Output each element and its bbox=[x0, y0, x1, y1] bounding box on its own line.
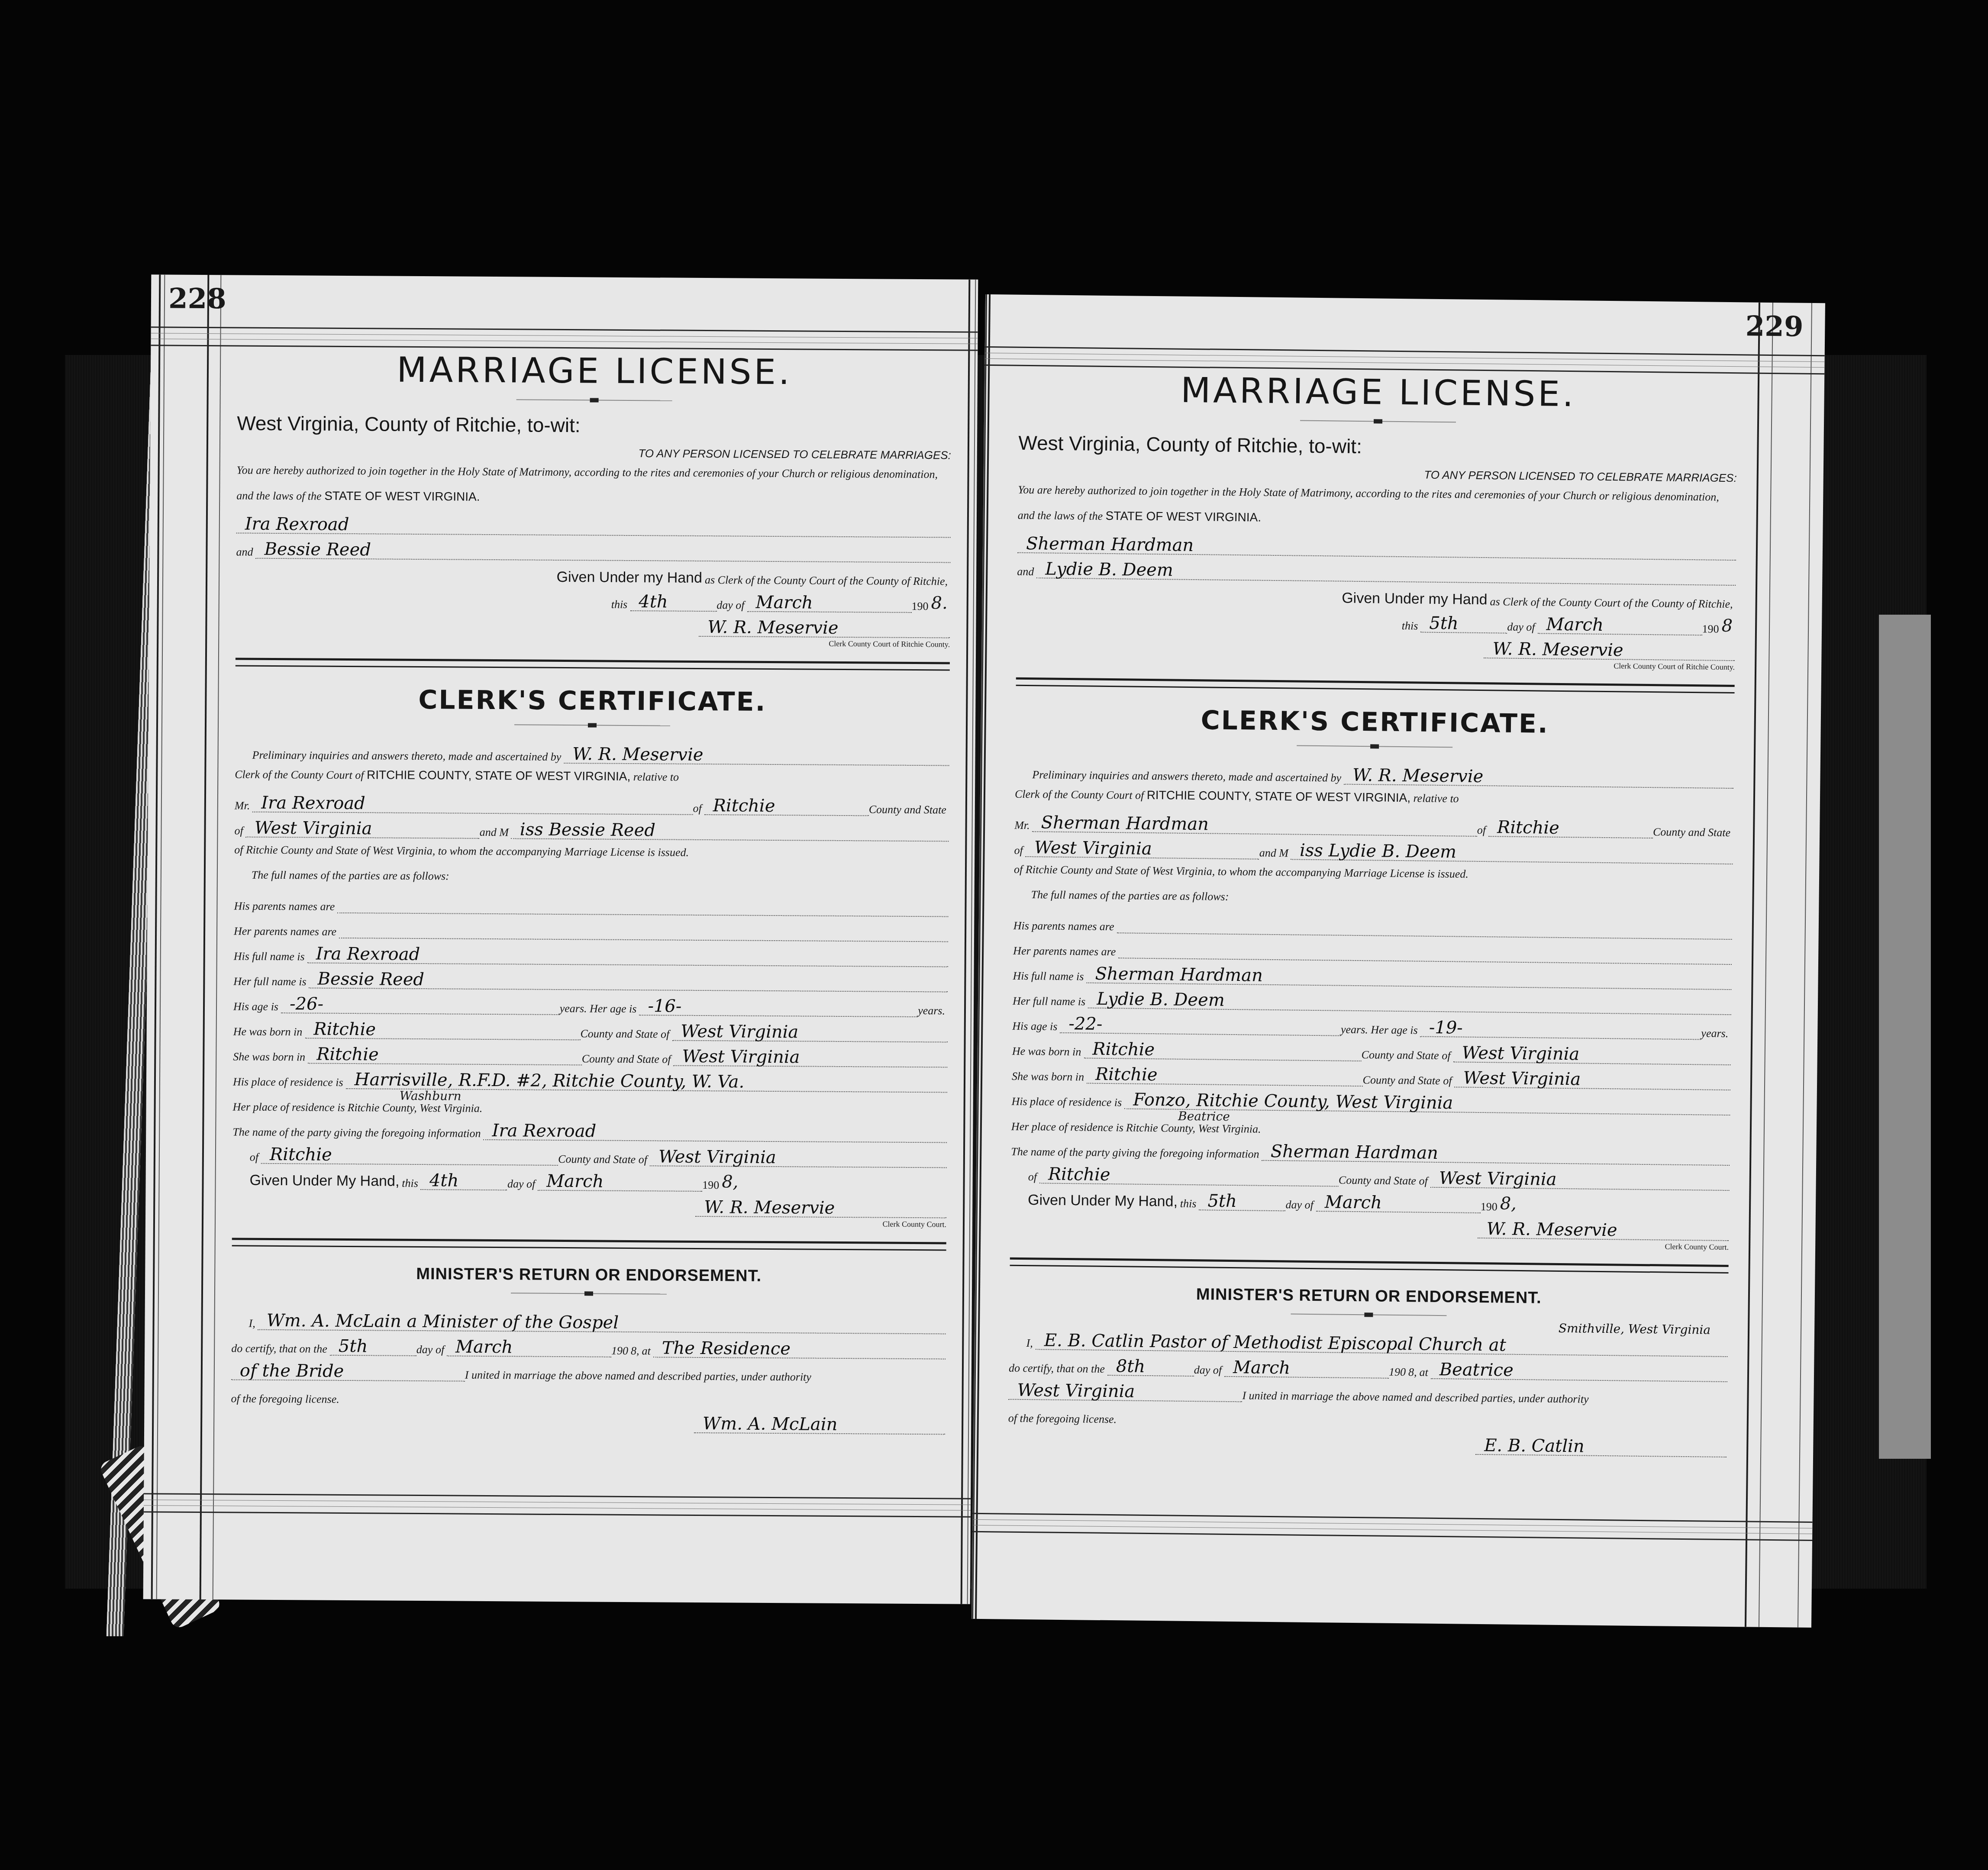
and-label: and bbox=[1017, 565, 1036, 578]
section-divider bbox=[232, 1238, 946, 1251]
at-label: at bbox=[642, 1344, 653, 1357]
her-full-name-label: Her full name is bbox=[233, 975, 309, 988]
her-parents-line: Her parents names are bbox=[234, 912, 948, 942]
her-residence-line: Her place of residence is Washburn Ritch… bbox=[233, 1088, 947, 1118]
bottom-rules bbox=[972, 1513, 1812, 1541]
informant-label-b: of the party giving the foregoing inform… bbox=[1058, 1146, 1262, 1161]
ascertained-by: W. R. Meservie bbox=[564, 745, 949, 766]
ministers-return-title: MINISTER'S RETURN OR ENDORSEMENT. bbox=[232, 1264, 946, 1286]
county-state-of-label: County and State of bbox=[582, 1052, 674, 1066]
her-residence-value: Washburn Ritchie County, West Virginia. bbox=[347, 1101, 485, 1115]
his-residence-label: His place of residence is bbox=[233, 1075, 346, 1089]
informant-line: The name of the party giving the foregoi… bbox=[232, 1113, 947, 1143]
ruled-margin-line bbox=[213, 275, 222, 1599]
jurisdiction: West Virginia, County of Ritchie, to-wit… bbox=[237, 411, 951, 439]
miss-name-field: iss Bessie Reed bbox=[511, 821, 949, 841]
full-names-intro: The full names of the parties are as fol… bbox=[234, 862, 949, 892]
informant-county: Ritchie bbox=[261, 1146, 558, 1166]
clerks-certificate-section: CLERK'S CERTIFICATE. Preliminary inquiri… bbox=[232, 684, 950, 1229]
mr-label: Mr. bbox=[235, 799, 253, 812]
year-prefix: 190 bbox=[702, 1179, 722, 1192]
prelim-label: Preliminary inquiries and answers theret… bbox=[235, 748, 564, 764]
year-prefix: 190 bbox=[611, 1344, 631, 1357]
form-body: MARRIAGE LICENSE. West Virginia, County … bbox=[231, 348, 952, 1435]
county-state-of-label: County and State of bbox=[1362, 1074, 1454, 1087]
foregoing-line: of the foregoing license. bbox=[231, 1380, 945, 1409]
she-born-county: Ritchie bbox=[308, 1045, 582, 1065]
his-age: -26- bbox=[281, 995, 560, 1015]
his-parents-line: His parents names are bbox=[234, 887, 948, 917]
clerk-of-line: Clerk of the County Court of RITCHIE COU… bbox=[235, 761, 949, 791]
informant-label-b: of the party giving the foregoing inform… bbox=[279, 1126, 484, 1140]
marriage-place-cont: of the Bride bbox=[231, 1362, 465, 1381]
her-age-label: years. Her age is bbox=[560, 1002, 639, 1016]
his-parents-label: His parents names are bbox=[1013, 919, 1117, 933]
her-residence-insert: Beatrice bbox=[1178, 1109, 1230, 1124]
he-born-label: He was born in bbox=[233, 1025, 305, 1038]
united-text: I united in marriage the above named and… bbox=[465, 1369, 814, 1384]
marriage-month: March bbox=[1224, 1359, 1389, 1379]
license-day: 5th bbox=[1420, 614, 1507, 633]
certificate-signature-line: W. R. Meservie bbox=[232, 1189, 946, 1218]
clerk-of-label: Clerk of the County Court of bbox=[1015, 788, 1144, 802]
of-label: of bbox=[693, 802, 704, 815]
bride-line: and Bessie Reed bbox=[236, 533, 950, 563]
year-suffix: 8 bbox=[1721, 616, 1735, 636]
marriage-day: 8th bbox=[1107, 1357, 1194, 1377]
and-miss-label: and M bbox=[480, 826, 511, 839]
license-day: 4th bbox=[630, 593, 716, 612]
ascertained-by: W. R. Meservie bbox=[1344, 767, 1734, 789]
his-age-label: His age is bbox=[1012, 1020, 1060, 1033]
marriage-day: 5th bbox=[330, 1338, 416, 1356]
her-residence: Ritchie County, West Virginia. bbox=[1126, 1121, 1261, 1135]
his-age-label: His age is bbox=[233, 1000, 281, 1013]
year-suffix: 8, bbox=[1408, 1366, 1420, 1379]
her-parents bbox=[339, 920, 948, 942]
bottom-rules bbox=[144, 1493, 971, 1518]
license-title: MARRIAGE LICENSE. bbox=[237, 348, 952, 393]
she-born-state: West Virginia bbox=[674, 1048, 948, 1068]
this-label: this bbox=[1402, 619, 1421, 632]
her-full-name: Bessie Reed bbox=[309, 970, 948, 992]
minister-signature: Wm. A. McLain bbox=[694, 1415, 945, 1435]
year-suffix: 8, bbox=[1500, 1193, 1520, 1213]
he-born-county: Ritchie bbox=[1084, 1040, 1362, 1061]
section-divider bbox=[1010, 1257, 1729, 1274]
year-prefix: 190 bbox=[911, 600, 931, 613]
ruled-margin-line bbox=[1798, 303, 1812, 1628]
section-divider bbox=[236, 658, 950, 671]
ruled-margin-line bbox=[1745, 303, 1760, 1627]
united-line: of the Bride I united in marriage the ab… bbox=[231, 1355, 946, 1384]
mr-line: Mr. Ira Rexroad of Ritchie County and St… bbox=[235, 787, 949, 816]
her-full-name-label: Her full name is bbox=[1013, 995, 1088, 1009]
certify-label: do certify, that on the bbox=[231, 1342, 330, 1355]
mr-name: Ira Rexroad bbox=[252, 794, 693, 815]
day-of-label: day of bbox=[507, 1177, 538, 1190]
license-signature-line: W. R. Meservie bbox=[236, 609, 950, 638]
he-born-line: He was born in Ritchie County and State … bbox=[233, 1013, 948, 1042]
her-residence-label: Her place of residence is bbox=[233, 1100, 348, 1114]
clerk-of-label: Clerk of the County Court of bbox=[235, 768, 364, 781]
she-born-state: West Virginia bbox=[1454, 1069, 1730, 1090]
mr-county: Ritchie bbox=[704, 797, 869, 816]
marriage-place: Beatrice bbox=[1431, 1361, 1728, 1382]
she-born-label: She was born in bbox=[1012, 1070, 1087, 1084]
of-label: of bbox=[234, 824, 245, 837]
day-of-label: day of bbox=[416, 1343, 447, 1356]
ornament-divider bbox=[516, 399, 672, 401]
marriage-month: March bbox=[447, 1338, 611, 1357]
his-residence-label: His place of residence is bbox=[1011, 1095, 1124, 1109]
marriage-place: The Residence bbox=[653, 1339, 946, 1359]
ornament-divider bbox=[511, 1293, 667, 1294]
certificate-day: 5th bbox=[1199, 1192, 1285, 1211]
informant-county: Ritchie bbox=[1039, 1165, 1339, 1186]
i-label: I, bbox=[231, 1317, 258, 1330]
and-miss-label: and M bbox=[1259, 847, 1291, 860]
her-parents-label: Her parents names are bbox=[1013, 945, 1118, 959]
he-born-label: He was born in bbox=[1012, 1045, 1084, 1059]
her-residence-label: Her place of residence is bbox=[1011, 1120, 1126, 1135]
clerks-certificate-section: CLERK'S CERTIFICATE. Preliminary inquiri… bbox=[1010, 703, 1734, 1252]
her-age-label: years. Her age is bbox=[1341, 1023, 1420, 1037]
foregoing-text: of the foregoing license. bbox=[1008, 1412, 1120, 1426]
his-full-name-line: His full name is Ira Rexroad bbox=[234, 938, 948, 967]
jurisdiction: West Virginia, County of Ritchie, to-wit… bbox=[1018, 431, 1737, 462]
certificate-title: CLERK'S CERTIFICATE. bbox=[1015, 703, 1734, 741]
given-under-hand: Given Under My Hand, bbox=[232, 1172, 402, 1190]
she-born-line: She was born in Ritchie County and State… bbox=[233, 1038, 947, 1067]
county-state-label: County and State bbox=[1653, 825, 1733, 839]
ruled-margin-line bbox=[151, 274, 161, 1599]
ornament-divider bbox=[514, 724, 670, 726]
authorization-state: STATE OF WEST VIRGINIA. bbox=[1106, 509, 1262, 524]
bride-name: Bessie Reed bbox=[255, 541, 950, 563]
day-of-label: day of bbox=[1194, 1364, 1225, 1377]
license-month: March bbox=[1537, 616, 1702, 635]
years-label: years. bbox=[918, 1004, 948, 1017]
of-label: of bbox=[1014, 844, 1026, 857]
her-age: -19- bbox=[1420, 1019, 1701, 1040]
his-parents bbox=[337, 895, 948, 917]
clerk-of-county: RITCHIE COUNTY, STATE OF WEST VIRGINIA, bbox=[367, 768, 631, 783]
his-age: -22- bbox=[1060, 1015, 1341, 1036]
informant-name: Ira Rexroad bbox=[484, 1122, 947, 1143]
issued-text: of Ritchie County and State of West Virg… bbox=[234, 837, 949, 867]
certificate-month: March bbox=[1316, 1193, 1481, 1213]
informant-label-a: The name bbox=[1011, 1145, 1058, 1159]
county-state-of-label: County and State of bbox=[558, 1153, 650, 1166]
minister-signature-line: Wm. A. McLain bbox=[231, 1405, 945, 1435]
top-rules bbox=[151, 326, 978, 351]
mr-state: West Virginia bbox=[246, 819, 480, 839]
ages-line: His age is -26- years. Her age is -16- y… bbox=[233, 988, 948, 1017]
license-signature-caption: Clerk County Court of Ritchie County. bbox=[236, 635, 950, 649]
his-parents-label: His parents names are bbox=[234, 900, 337, 913]
county-state-of-label: County and State of bbox=[1339, 1174, 1430, 1188]
his-full-name-label: His full name is bbox=[234, 950, 307, 963]
relative-to: relative to bbox=[1413, 792, 1459, 805]
ornament-divider bbox=[1297, 745, 1452, 748]
marriage-license-section: MARRIAGE LICENSE. West Virginia, County … bbox=[1016, 368, 1738, 672]
her-residence-value: Beatrice Ritchie County, West Virginia. bbox=[1126, 1121, 1264, 1135]
given-rest: as Clerk of the County Court of the Coun… bbox=[1490, 595, 1735, 611]
officiant-field: Wm. A. McLain a Minister of the Gospel bbox=[258, 1312, 946, 1335]
his-full-name-label: His full name is bbox=[1013, 970, 1086, 983]
marriage-license-section: MARRIAGE LICENSE. West Virginia, County … bbox=[236, 348, 952, 649]
he-born-state: West Virginia bbox=[1453, 1044, 1731, 1065]
her-age: -16- bbox=[639, 997, 918, 1017]
officiant: Wm. A. McLain a Minister of the Gospel bbox=[267, 1311, 619, 1333]
certificate-title: CLERK'S CERTIFICATE. bbox=[235, 684, 949, 718]
informant-label-a: The name bbox=[232, 1125, 279, 1139]
officiant-insert: Smithville, West Virginia bbox=[1559, 1320, 1711, 1339]
page-number: 228 bbox=[168, 282, 226, 315]
certificate-signature: W. R. Meservie bbox=[1478, 1220, 1729, 1241]
given-rest: as Clerk of the County Court of the Coun… bbox=[705, 574, 950, 588]
informant-state: West Virginia bbox=[650, 1148, 947, 1168]
license-signature: W. R. Meservie bbox=[699, 619, 950, 638]
year-suffix: 8, bbox=[631, 1344, 642, 1357]
ministers-return-title: MINISTER'S RETURN OR ENDORSEMENT. bbox=[1010, 1283, 1728, 1309]
and-label: and bbox=[236, 545, 255, 558]
authorization-state: STATE OF WEST VIRGINIA. bbox=[324, 489, 480, 503]
year-prefix: 190 bbox=[1481, 1200, 1500, 1213]
her-full-name-line: Her full name is Bessie Reed bbox=[233, 963, 948, 992]
license-month: March bbox=[747, 594, 911, 613]
certify-label: do certify, that on the bbox=[1009, 1362, 1107, 1376]
given-under-hand: Given Under my Hand bbox=[1342, 590, 1490, 609]
his-residence-line: His place of residence is Harrisville, R… bbox=[233, 1063, 947, 1093]
given-under-hand: Given Under my Hand bbox=[557, 569, 705, 587]
day-of-label: day of bbox=[716, 599, 747, 612]
given-line: Given Under my Hand as Clerk of the Coun… bbox=[236, 558, 950, 588]
his-full-name: Ira Rexroad bbox=[307, 945, 948, 967]
paper-slip bbox=[1879, 615, 1931, 1459]
this-label: this bbox=[402, 1177, 421, 1190]
certificate-day: 4th bbox=[421, 1172, 507, 1190]
marriage-date-line: do certify, that on the 5th day of March… bbox=[231, 1330, 946, 1359]
register-page-right: 229 MARRIAGE LICENSE. West Virginia, Cou… bbox=[971, 294, 1825, 1628]
prelim-line: Preliminary inquiries and answers theret… bbox=[235, 736, 949, 766]
marriage-place-cont: West Virginia bbox=[1008, 1382, 1242, 1402]
year-prefix: 190 bbox=[1702, 622, 1721, 635]
relative-to: relative to bbox=[633, 771, 679, 783]
her-residence: Ritchie County, West Virginia. bbox=[347, 1101, 482, 1115]
informant-state: West Virginia bbox=[1430, 1170, 1730, 1191]
register-page-left: 228 MARRIAGE LICENSE. West Virginia, Cou… bbox=[143, 274, 978, 1604]
officiant-line: I, Wm. A. McLain a Minister of the Gospe… bbox=[231, 1305, 946, 1334]
ornament-divider bbox=[1300, 420, 1456, 423]
county-state-of-label: County and State of bbox=[580, 1027, 672, 1041]
miss-name: Lydie B. Deem bbox=[1328, 841, 1456, 862]
ministers-return-section: MINISTER'S RETURN OR ENDORSEMENT. I, Wm.… bbox=[231, 1264, 946, 1435]
given-under-hand: Given Under My Hand, bbox=[1010, 1192, 1180, 1210]
she-born-label: She was born in bbox=[233, 1050, 308, 1064]
minister-signature: E. B. Catlin bbox=[1475, 1437, 1727, 1457]
of-label: of bbox=[1477, 824, 1489, 837]
miss-prefix: iss bbox=[1300, 841, 1323, 861]
ministers-return-section: MINISTER'S RETURN OR ENDORSEMENT. I, Smi… bbox=[1008, 1283, 1728, 1457]
clerk-of-county: RITCHIE COUNTY, STATE OF WEST VIRGINIA, bbox=[1147, 788, 1411, 804]
authorization-text: You are hereby authorized to join togeth… bbox=[236, 458, 951, 513]
at-label: at bbox=[1419, 1366, 1431, 1379]
miss-prefix: iss bbox=[520, 819, 543, 839]
day-of-label: day of bbox=[1285, 1198, 1316, 1212]
she-born-county: Ritchie bbox=[1087, 1065, 1363, 1087]
groom-line: Ira Rexroad bbox=[236, 508, 951, 538]
foregoing-text: of the foregoing license. bbox=[231, 1392, 342, 1406]
license-date-line: this 4th day of March 190 8. bbox=[236, 584, 950, 613]
county-state-label: County and State bbox=[869, 803, 949, 816]
ornament-divider bbox=[1291, 1313, 1446, 1316]
mr-state: West Virginia bbox=[1026, 839, 1259, 860]
of-label: of bbox=[232, 1151, 261, 1164]
form-body: MARRIAGE LICENSE. West Virginia, County … bbox=[1008, 368, 1738, 1457]
mr-county: Ritchie bbox=[1488, 819, 1653, 838]
certificate-signature: W. R. Meservie bbox=[695, 1199, 946, 1219]
informant-origin-line: of Ritchie County and State of West Virg… bbox=[232, 1138, 947, 1168]
license-title: MARRIAGE LICENSE. bbox=[1019, 368, 1738, 416]
he-born-state: West Virginia bbox=[672, 1023, 948, 1043]
year-suffix: 8, bbox=[722, 1172, 741, 1192]
certificate-signature-caption: Clerk County Court. bbox=[232, 1215, 946, 1229]
her-parents-label: Her parents names are bbox=[234, 925, 339, 938]
miss-line: of West Virginia and M iss Bessie Reed bbox=[234, 812, 949, 841]
of-label: of bbox=[1011, 1170, 1040, 1184]
ruled-margin-line bbox=[1759, 303, 1773, 1627]
i-label: I, bbox=[1009, 1337, 1036, 1350]
he-born-county: Ritchie bbox=[305, 1020, 581, 1040]
miss-name: Bessie Reed bbox=[549, 820, 655, 841]
years-label: years. bbox=[1701, 1027, 1731, 1040]
this-label: this bbox=[611, 598, 630, 611]
county-state-of-label: County and State of bbox=[1361, 1048, 1453, 1062]
mr-label: Mr. bbox=[1014, 819, 1033, 832]
year-prefix: 190 bbox=[1389, 1366, 1408, 1379]
authorization-text: You are hereby authorized to join togeth… bbox=[1017, 477, 1736, 535]
this-label: this bbox=[1180, 1197, 1199, 1210]
groom-name: Ira Rexroad bbox=[236, 515, 951, 538]
her-residence-insert: Washburn bbox=[400, 1089, 461, 1103]
license-signature: W. R. Meservie bbox=[1484, 640, 1735, 661]
year-suffix: 8. bbox=[931, 593, 950, 613]
section-divider bbox=[1016, 677, 1735, 693]
page-number: 229 bbox=[1745, 310, 1803, 343]
certificate-date-line: Given Under My Hand, this 4th day of Mar… bbox=[232, 1164, 946, 1193]
certificate-month: March bbox=[538, 1173, 702, 1192]
ruled-margin-line bbox=[200, 275, 210, 1599]
day-of-label: day of bbox=[1507, 621, 1538, 634]
